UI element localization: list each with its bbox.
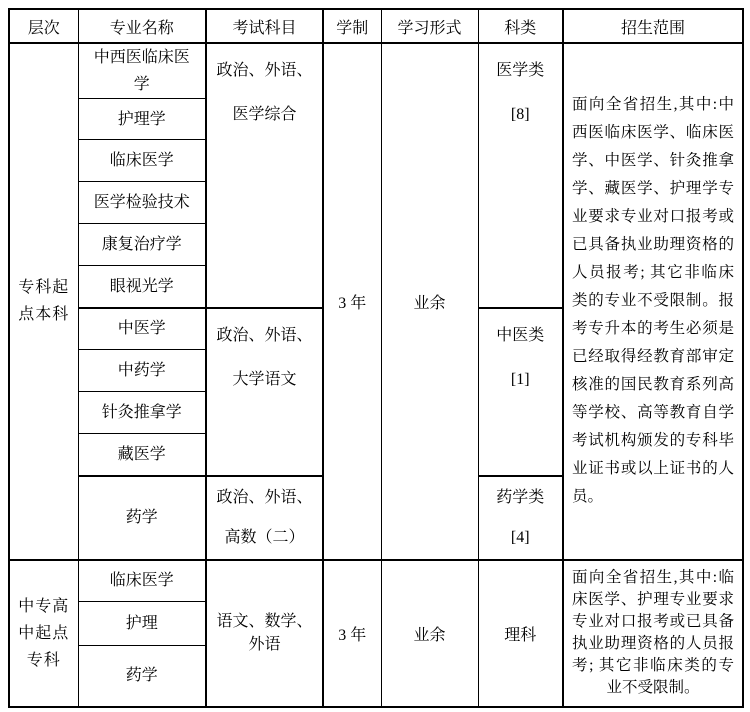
category-line: 中医类 bbox=[479, 314, 563, 358]
col-header-scope: 招生范围 bbox=[563, 9, 743, 43]
major-cell: 藏医学 bbox=[78, 434, 206, 476]
col-header-subjects: 考试科目 bbox=[206, 9, 323, 43]
category-line: [1] bbox=[479, 358, 563, 402]
subjects-line: 医学综合 bbox=[207, 93, 322, 137]
major-cell: 临床医学 bbox=[78, 560, 206, 602]
table-row: 中专高中起点专科 临床医学 语文、数学、 外语 3 年 业余 理科 面向全省招生… bbox=[9, 560, 743, 602]
major-cell: 眼视光学 bbox=[78, 266, 206, 308]
duration-cell: 3 年 bbox=[323, 560, 381, 707]
major-cell: 针灸推拿学 bbox=[78, 392, 206, 434]
scope-cell: 面向全省招生,其中:临床医学、护理专业要求专业对口报考或已具备执业助理资格的人员… bbox=[563, 560, 743, 707]
col-header-study-form: 学习形式 bbox=[381, 9, 478, 43]
category-cell: 药学类 [4] bbox=[478, 476, 563, 560]
subjects-cell: 政治、外语、 医学综合 bbox=[206, 43, 323, 308]
subjects-line: 大学语文 bbox=[207, 358, 322, 402]
category-line: 医学类 bbox=[479, 49, 563, 93]
category-line: [8] bbox=[479, 93, 563, 137]
scope-cell: 面向全省招生,其中:中西医临床医学、临床医学、中医学、针灸推拿学、藏医学、护理学… bbox=[563, 43, 743, 560]
subjects-cell: 政治、外语、 大学语文 bbox=[206, 308, 323, 476]
category-cell: 理科 bbox=[478, 560, 563, 707]
major-cell: 临床医学 bbox=[78, 140, 206, 182]
category-line: 药学类 bbox=[479, 478, 563, 518]
level-cell: 中专高中起点专科 bbox=[9, 560, 78, 707]
major-cell: 药学 bbox=[78, 646, 206, 707]
col-header-duration: 学制 bbox=[323, 9, 381, 43]
category-cell: 中医类 [1] bbox=[478, 308, 563, 476]
subjects-line: 政治、外语、 bbox=[207, 478, 322, 518]
admissions-table: 层次 专业名称 考试科目 学制 学习形式 科类 招生范围 专科起点本科 中西医临… bbox=[8, 8, 744, 708]
category-cell: 医学类 [8] bbox=[478, 43, 563, 308]
col-header-level: 层次 bbox=[9, 9, 78, 43]
level-cell: 专科起点本科 bbox=[9, 43, 78, 560]
major-cell: 中药学 bbox=[78, 350, 206, 392]
col-header-category: 科类 bbox=[478, 9, 563, 43]
subjects-cell: 政治、外语、 高数（二） bbox=[206, 476, 323, 560]
study-form-cell: 业余 bbox=[381, 43, 478, 560]
major-cell: 护理 bbox=[78, 602, 206, 646]
major-cell: 中西医临床医学 bbox=[78, 43, 206, 99]
document-page: 层次 专业名称 考试科目 学制 学习形式 科类 招生范围 专科起点本科 中西医临… bbox=[0, 0, 750, 712]
table-row: 专科起点本科 中西医临床医学 政治、外语、 医学综合 3 年 业余 医学类 [8… bbox=[9, 43, 743, 99]
major-cell: 药学 bbox=[78, 476, 206, 560]
category-line: [4] bbox=[479, 518, 563, 558]
subjects-line: 政治、外语、 bbox=[207, 314, 322, 358]
major-cell: 中医学 bbox=[78, 308, 206, 350]
subjects-cell: 语文、数学、 外语 bbox=[206, 560, 323, 707]
subjects-line: 政治、外语、 bbox=[207, 49, 322, 93]
subjects-line: 外语 bbox=[207, 633, 322, 656]
header-row: 层次 专业名称 考试科目 学制 学习形式 科类 招生范围 bbox=[9, 9, 743, 43]
major-cell: 医学检验技术 bbox=[78, 182, 206, 224]
subjects-line: 高数（二） bbox=[207, 518, 322, 558]
study-form-cell: 业余 bbox=[381, 560, 478, 707]
major-cell: 护理学 bbox=[78, 99, 206, 140]
subjects-line: 语文、数学、 bbox=[207, 610, 322, 633]
duration-cell: 3 年 bbox=[323, 43, 381, 560]
major-cell: 康复治疗学 bbox=[78, 224, 206, 266]
col-header-major: 专业名称 bbox=[78, 9, 206, 43]
